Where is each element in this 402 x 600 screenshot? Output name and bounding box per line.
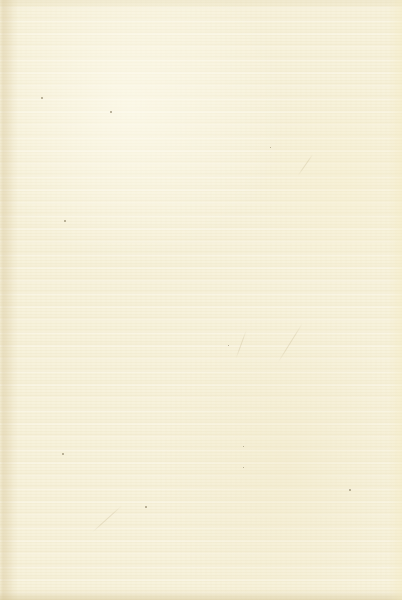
top-edge-shading [0,0,402,9]
speck [349,489,351,491]
speck [64,220,66,222]
speck [243,467,244,468]
spine-shadow [0,0,18,600]
book-cover [0,0,402,600]
speck [62,453,64,455]
speck [243,446,244,447]
bottom-edge-shading [0,590,402,600]
speck [270,147,271,148]
speck [228,345,229,346]
right-edge-shading [388,0,402,600]
cloth-texture [0,0,402,600]
speck [41,97,43,99]
speck [110,111,112,113]
speck [145,506,147,508]
